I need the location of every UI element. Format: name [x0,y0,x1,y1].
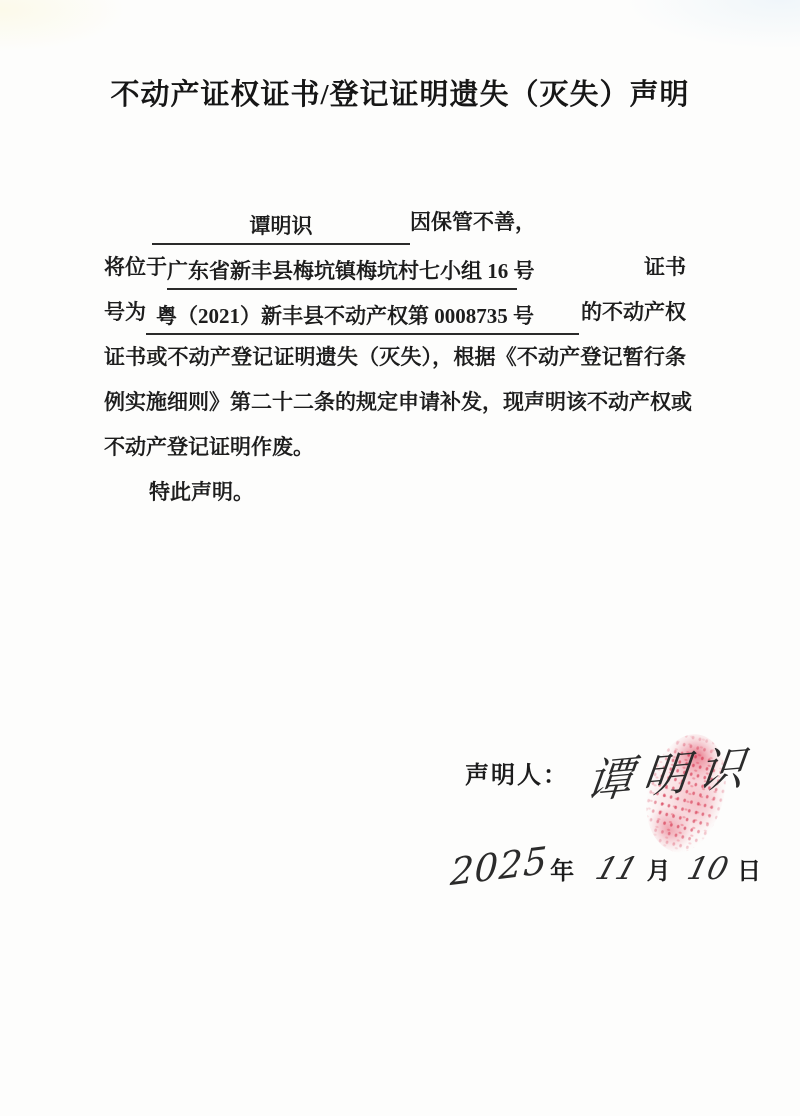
reason-text: 因保管不善， [410,200,536,245]
day-label: 日 [737,851,762,886]
body-line-1: 谭明识 因保管不善， [104,200,686,245]
body-line-4: 证书或不动产登记证明遗失（灭失），根据《不动产登记暂行条 [104,335,686,380]
declarant-name-blank: 谭明识 [152,210,410,245]
declarant-label: 声明人： [465,752,569,800]
property-address-value: 广东省新丰县梅坑镇梅坑村七小组 16 号 [167,259,535,283]
document-title: 不动产证权证书/登记证明遗失（灭失）声明 [0,72,800,113]
closing-statement: 特此声明。 [104,470,686,515]
document-body: 谭明识 因保管不善， 将位于 广东省新丰县梅坑镇梅坑村七小组 16 号 ， 证书… [104,200,686,515]
month-label: 月 [647,851,672,886]
year-label: 年 [550,851,575,886]
body-line-6: 不动产登记证明作废。 [104,425,686,470]
body-line-2: 将位于 广东省新丰县梅坑镇梅坑村七小组 16 号 ， 证书 [104,245,686,290]
handwritten-year: 2025 [449,839,549,895]
line3-suffix: 的不动产权 [581,290,686,335]
line2-comma: ， [517,245,538,290]
certificate-number-value: 粤（2021）新丰县不动产权第 0008735 号 [156,304,534,328]
declarant-name-value: 谭明识 [250,214,313,238]
property-address-blank: 广东省新丰县梅坑镇梅坑村七小组 16 号 [167,255,517,290]
document-page: 不动产证权证书/登记证明遗失（灭失）声明 谭明识 因保管不善， 将位于 广东省新… [0,0,800,1116]
certificate-number-blank: 粤（2021）新丰县不动产权第 0008735 号 [146,300,579,335]
line2-prefix: 将位于 [104,245,167,290]
body-line-3: 号为 粤（2021）新丰县不动产权第 0008735 号 的不动产权 [104,290,686,335]
body-line-5: 例实施细则》第二十二条的规定申请补发，现声明该不动产权或 [104,380,686,425]
line2-suffix: 证书 [644,245,686,290]
handwritten-day: 10 [683,851,731,887]
handwritten-signature: 谭明识 [583,736,758,812]
line3-prefix: 号为 [104,290,146,335]
date-row: 2025 年 11 月 10 日 [450,845,762,888]
handwritten-month: 11 [591,851,642,887]
